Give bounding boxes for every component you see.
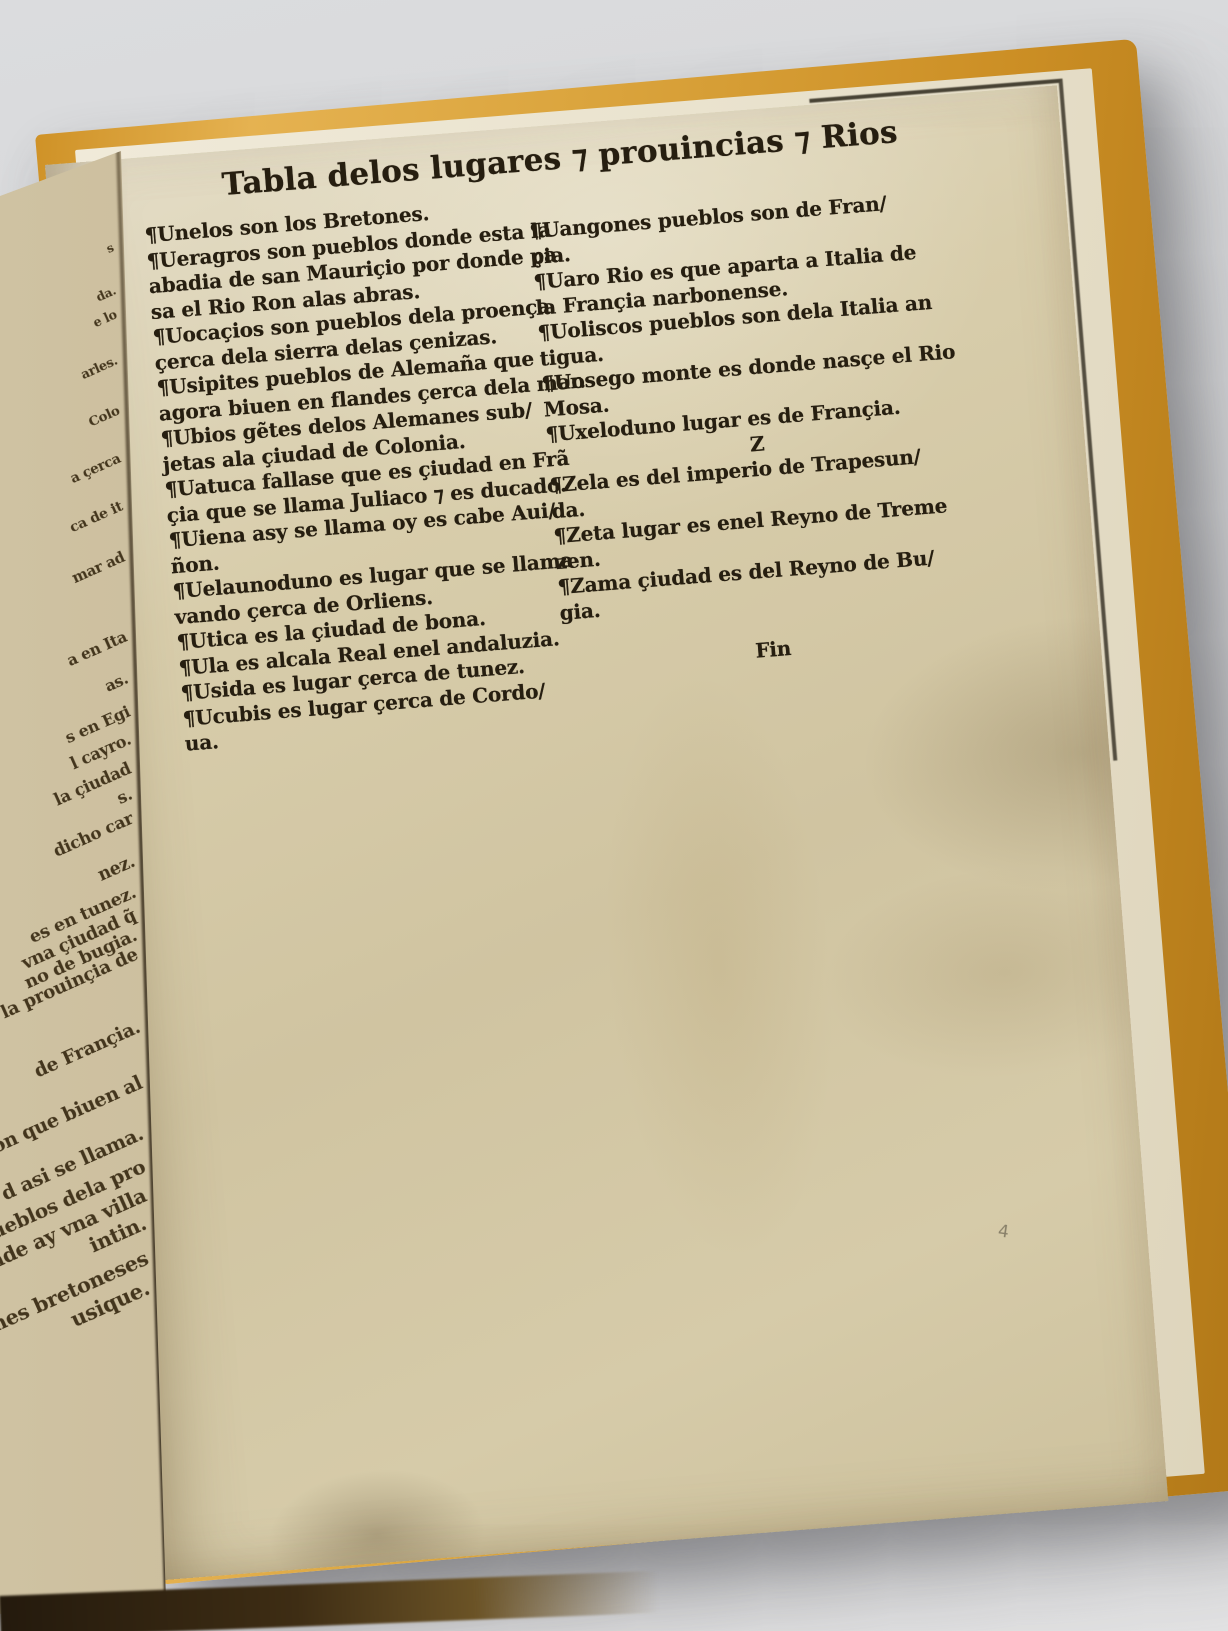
photo-scene: Tabla delos lugares ⁊ prouincias ⁊ Rios … [0,0,1228,1631]
text-column-left: ¶Unelos son los Bretones.¶Ueragros son p… [144,193,577,758]
fin-label: Fin [563,621,984,679]
recto-page: Tabla delos lugares ⁊ prouincias ⁊ Rios … [45,85,1168,1580]
text-column-right: ¶Uangones pueblos son de Fran/çia.¶Uaro … [529,186,984,679]
